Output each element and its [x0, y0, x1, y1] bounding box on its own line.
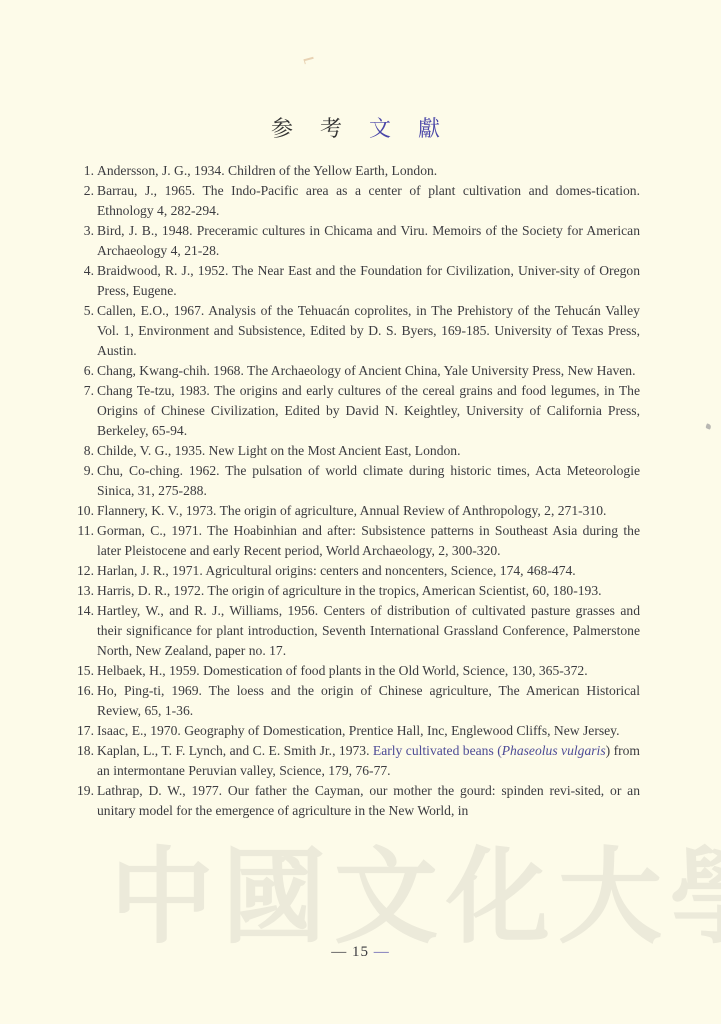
reference-title: Children of the Yellow Earth, London.: [225, 163, 438, 178]
page-title: 参 考 文 獻: [0, 112, 721, 143]
reference-text: Harris, D. R., 1972. The origin of agric…: [97, 583, 602, 598]
reference-text: Lathrap, D. W., 1977. Our father the Cay…: [97, 783, 640, 818]
reference-list: 1.Andersson, J. G., 1934. Children of th…: [74, 161, 640, 821]
reference-text: Helbaek, H., 1959. Domestication of food…: [97, 663, 588, 678]
reference-author: Andersson, J. G., 1934.: [97, 163, 225, 178]
reference-text: Kaplan, L., T. F. Lynch, and C. E. Smith…: [97, 743, 640, 778]
folio-number: 15: [352, 944, 369, 960]
reference-number: 16.: [68, 681, 94, 701]
reference-text: Ho, Ping-ti, 1969. The loess and the ori…: [97, 683, 640, 718]
reference-author: Chang, Kwang-chih. 1968.: [97, 363, 244, 378]
reference-text: Chang, Kwang-chih. 1968. The Archaeology…: [97, 363, 636, 378]
reference-text: Chu, Co-ching. 1962. The pulsation of wo…: [97, 463, 640, 498]
document-page: 中國文化大學 参 考 文 獻 1.Andersson, J. G., 1934.…: [0, 0, 721, 1024]
reference-author: Harlan, J. R., 1971.: [97, 563, 203, 578]
reference-item: 2.Barrau, J., 1965. The Indo-Pacific are…: [74, 181, 640, 221]
reference-item: 1.Andersson, J. G., 1934. Children of th…: [74, 161, 640, 181]
reference-text: Barrau, J., 1965. The Indo-Pacific area …: [97, 183, 640, 218]
reference-number: 17.: [68, 721, 94, 741]
reference-number: 11.: [68, 521, 94, 541]
reference-item: 13.Harris, D. R., 1972. The origin of ag…: [74, 581, 640, 601]
reference-number: 1.: [74, 161, 94, 181]
reference-item: 6.Chang, Kwang-chih. 1968. The Archaeolo…: [74, 361, 640, 381]
reference-author: Childe, V. G., 1935.: [97, 443, 205, 458]
reference-text: Bird, J. B., 1948. Preceramic cultures i…: [97, 223, 640, 258]
reference-text: Andersson, J. G., 1934. Children of the …: [97, 163, 437, 178]
reference-text: Isaac, E., 1970. Geography of Domesticat…: [97, 723, 619, 738]
reference-item: 12.Harlan, J. R., 1971. Agricultural ori…: [74, 561, 640, 581]
reference-number: 18.: [68, 741, 94, 761]
paper-speck: [304, 57, 315, 64]
folio-dash-right: —: [374, 944, 390, 960]
reference-author: Callen, E.O., 1967.: [97, 303, 204, 318]
reference-item: 18.Kaplan, L., T. F. Lynch, and C. E. Sm…: [74, 741, 640, 781]
reference-text: Gorman, C., 1971. The Hoabinhian and aft…: [97, 523, 640, 558]
reference-author: Isaac, E., 1970.: [97, 723, 181, 738]
reference-number: 2.: [74, 181, 94, 201]
folio-dash-left: —: [331, 944, 347, 960]
reference-author: Braidwood, R. J., 1952.: [97, 263, 228, 278]
reference-number: 14.: [68, 601, 94, 621]
reference-item: 10.Flannery, K. V., 1973. The origin of …: [74, 501, 640, 521]
title-part-2: 文 獻: [369, 117, 450, 142]
reference-title: Early cultivated beans (: [369, 743, 501, 758]
reference-number: 12.: [68, 561, 94, 581]
reference-number: 3.: [74, 221, 94, 241]
reference-item: 7.Chang Te-tzu, 1983. The origins and ea…: [74, 381, 640, 441]
reference-number: 13.: [68, 581, 94, 601]
reference-item: 9.Chu, Co-ching. 1962. The pulsation of …: [74, 461, 640, 501]
reference-item: 8.Childe, V. G., 1935. New Light on the …: [74, 441, 640, 461]
reference-title: Agricultural origins: centers and noncen…: [203, 563, 576, 578]
page-number: — 15 —: [0, 944, 721, 961]
reference-number: 19.: [68, 781, 94, 801]
reference-text: Chang Te-tzu, 1983. The origins and earl…: [97, 383, 640, 438]
reference-author: Bird, J. B., 1948.: [97, 223, 192, 238]
reference-text: Callen, E.O., 1967. Analysis of the Tehu…: [97, 303, 640, 358]
paper-speck-right: [705, 423, 711, 429]
reference-item: 5.Callen, E.O., 1967. Analysis of the Te…: [74, 301, 640, 361]
reference-item: 16.Ho, Ping-ti, 1969. The loess and the …: [74, 681, 640, 721]
reference-number: 9.: [74, 461, 94, 481]
reference-title: New Light on the Most Ancient East, Lond…: [205, 443, 460, 458]
reference-title: The origin of agriculture, Annual Review…: [216, 503, 606, 518]
reference-title: The origin of agriculture in the tropics…: [204, 583, 601, 598]
reference-author: Kaplan, L., T. F. Lynch, and C. E. Smith…: [97, 743, 369, 758]
reference-author: Hartley, W., and R. J., Williams, 1956.: [97, 603, 318, 618]
reference-item: 4.Braidwood, R. J., 1952. The Near East …: [74, 261, 640, 301]
reference-number: 8.: [74, 441, 94, 461]
reference-item: 14.Hartley, W., and R. J., Williams, 195…: [74, 601, 640, 661]
reference-author: Helbaek, H., 1959.: [97, 663, 200, 678]
reference-title: The Archaeology of Ancient China, Yale U…: [244, 363, 636, 378]
reference-item: 19.Lathrap, D. W., 1977. Our father the …: [74, 781, 640, 821]
reference-item: 11.Gorman, C., 1971. The Hoabinhian and …: [74, 521, 640, 561]
reference-author: Gorman, C., 1971.: [97, 523, 202, 538]
reference-number: 4.: [74, 261, 94, 281]
reference-author: Lathrap, D. W., 1977.: [97, 783, 222, 798]
reference-title: Domestication of food plants in the Old …: [200, 663, 588, 678]
reference-author: Harris, D. R., 1972.: [97, 583, 204, 598]
reference-number: 15.: [68, 661, 94, 681]
reference-number: 5.: [74, 301, 94, 321]
reference-author: Chu, Co-ching. 1962.: [97, 463, 220, 478]
reference-title: Geography of Domestication, Prentice Hal…: [181, 723, 620, 738]
reference-text: Hartley, W., and R. J., Williams, 1956. …: [97, 603, 640, 658]
reference-text: Flannery, K. V., 1973. The origin of agr…: [97, 503, 606, 518]
reference-item: 17.Isaac, E., 1970. Geography of Domesti…: [74, 721, 640, 741]
reference-number: 7.: [74, 381, 94, 401]
reference-item: 3.Bird, J. B., 1948. Preceramic cultures…: [74, 221, 640, 261]
reference-author: Flannery, K. V., 1973.: [97, 503, 216, 518]
reference-item: 15.Helbaek, H., 1959. Domestication of f…: [74, 661, 640, 681]
reference-text: Harlan, J. R., 1971. Agricultural origin…: [97, 563, 576, 578]
reference-author: Barrau, J., 1965.: [97, 183, 195, 198]
reference-number: 6.: [74, 361, 94, 381]
reference-author: Chang Te-tzu, 1983.: [97, 383, 210, 398]
reference-species-name: Phaseolus vulgaris: [502, 743, 606, 758]
reference-text: Braidwood, R. J., 1952. The Near East an…: [97, 263, 640, 298]
title-part-1: 参 考: [271, 117, 352, 142]
university-watermark: 中國文化大學: [110, 842, 630, 952]
reference-text: Childe, V. G., 1935. New Light on the Mo…: [97, 443, 461, 458]
reference-number: 10.: [68, 501, 94, 521]
reference-author: Ho, Ping-ti, 1969.: [97, 683, 202, 698]
